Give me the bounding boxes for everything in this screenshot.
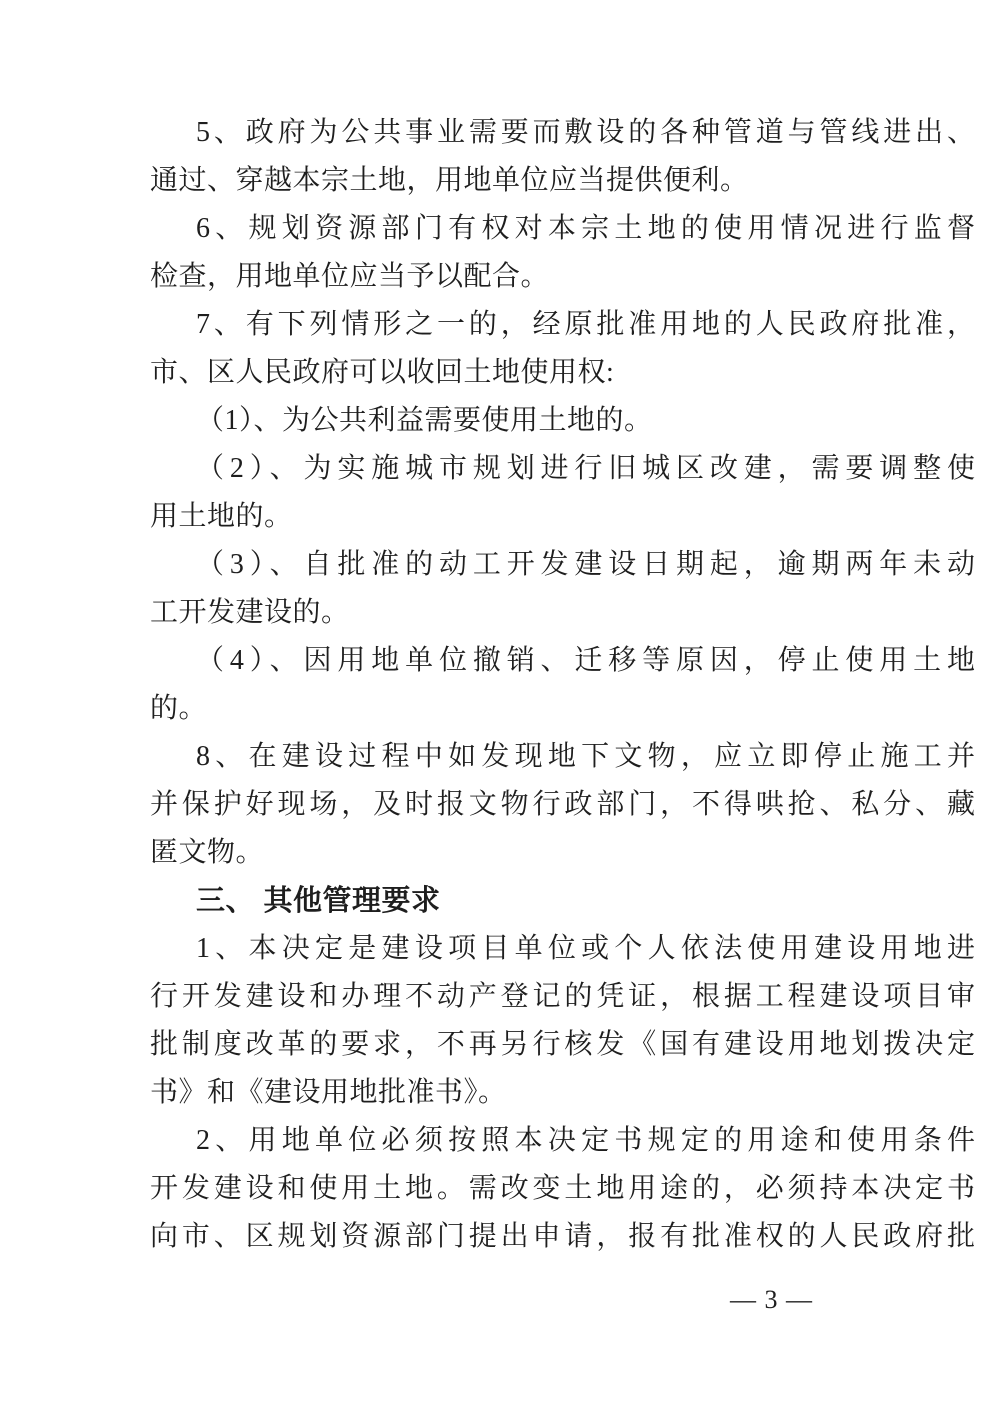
text-line: （2）、为实施城市规划进行旧城区改建，需要调整使 bbox=[150, 445, 975, 493]
text-line: 匿文物。 bbox=[150, 829, 975, 877]
text-line: 5、政府为公共事业需要而敷设的各种管道与管线进出、 bbox=[150, 109, 975, 157]
document-page: 5、政府为公共事业需要而敷设的各种管道与管线进出、 通过、穿越本宗土地，用地单位… bbox=[0, 0, 992, 1403]
document-body: 5、政府为公共事业需要而敷设的各种管道与管线进出、 通过、穿越本宗土地，用地单位… bbox=[150, 109, 975, 1261]
text-line: 批制度改革的要求，不再另行核发《国有建设用地划拨决定 bbox=[150, 1021, 975, 1069]
text-line: 通过、穿越本宗土地，用地单位应当提供便利。 bbox=[150, 157, 975, 205]
page-number: — 3 — bbox=[730, 1276, 975, 1324]
text-line: 市、区人民政府可以收回土地使用权: bbox=[150, 349, 975, 397]
text-line: 的。 bbox=[150, 685, 975, 733]
text-line: 检查，用地单位应当予以配合。 bbox=[150, 253, 975, 301]
text-line: 行开发建设和办理不动产登记的凭证，根据工程建设项目审 bbox=[150, 973, 975, 1021]
text-line: （1）、为公共利益需要使用土地的。 bbox=[150, 397, 975, 445]
text-line: 8、在建设过程中如发现地下文物，应立即停止施工并 bbox=[150, 733, 975, 781]
text-line: 向市、区规划资源部门提出申请，报有批准权的人民政府批 bbox=[150, 1213, 975, 1261]
text-line: （3）、自批准的动工开发建设日期起，逾期两年未动 bbox=[150, 541, 975, 589]
page-footer: — 3 — bbox=[150, 1276, 975, 1324]
text-line: 书》和《建设用地批准书》。 bbox=[150, 1069, 975, 1117]
text-line: 并保护好现场，及时报文物行政部门，不得哄抢、私分、藏 bbox=[150, 781, 975, 829]
text-line: 2、用地单位必须按照本决定书规定的用途和使用条件 bbox=[150, 1117, 975, 1165]
text-line: 开发建设和使用土地。需改变土地用途的，必须持本决定书 bbox=[150, 1165, 975, 1213]
text-line: 6、规划资源部门有权对本宗土地的使用情况进行监督 bbox=[150, 205, 975, 253]
text-line: 工开发建设的。 bbox=[150, 589, 975, 637]
text-line: 用土地的。 bbox=[150, 493, 975, 541]
text-line: 1、本决定是建设项目单位或个人依法使用建设用地进 bbox=[150, 925, 975, 973]
section-heading: 三、 其他管理要求 bbox=[150, 877, 975, 925]
text-line: 7、有下列情形之一的，经原批准用地的人民政府批准， bbox=[150, 301, 975, 349]
text-line: （4）、因用地单位撤销、迁移等原因，停止使用土地 bbox=[150, 637, 975, 685]
